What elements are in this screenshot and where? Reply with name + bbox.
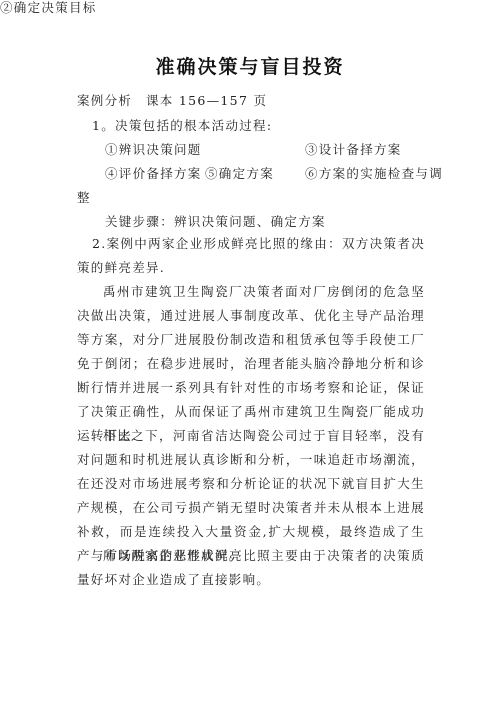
step-3: ③设计备择方案 xyxy=(305,142,402,158)
step-5: ⑤确定方案 xyxy=(205,166,274,182)
document-title: 准确决策与盲目投资 xyxy=(0,52,500,79)
step-6-wrap: 整 xyxy=(77,190,91,206)
step-6: ⑥方案的实施检查与调 xyxy=(305,166,443,182)
case-subtitle: 案例分析 课本 156—157 页 xyxy=(77,93,267,109)
q1-heading: 1。决策包括的根本活动过程: xyxy=(92,118,272,134)
q2-conclusion: 所以两家企业形成鲜亮比照主要由于决策者的决策质量好坏对企业造成了直接影响。 xyxy=(77,544,425,592)
step-2: ②确定决策目标 xyxy=(0,0,97,16)
step-1: ①辨识决策问题 xyxy=(105,142,202,158)
q2-heading: 2.案例中两家企业形成鲜亮比照的缘由：双方决策者决策的鲜亮差异. xyxy=(77,232,425,280)
step-4: ④评价备择方案 xyxy=(105,166,202,182)
document-page: 准确决策与盲目投资 案例分析 课本 156—157 页 1。决策包括的根本活动过… xyxy=(0,0,500,707)
key-steps: 关键步骤：辨识决策问题、确定方案 xyxy=(105,214,326,230)
q2-paragraph-1: 禹州市建筑卫生陶瓷厂决策者面对厂房倒闭的危急坚决做出决策，通过进展人事制度改革、… xyxy=(77,280,425,448)
